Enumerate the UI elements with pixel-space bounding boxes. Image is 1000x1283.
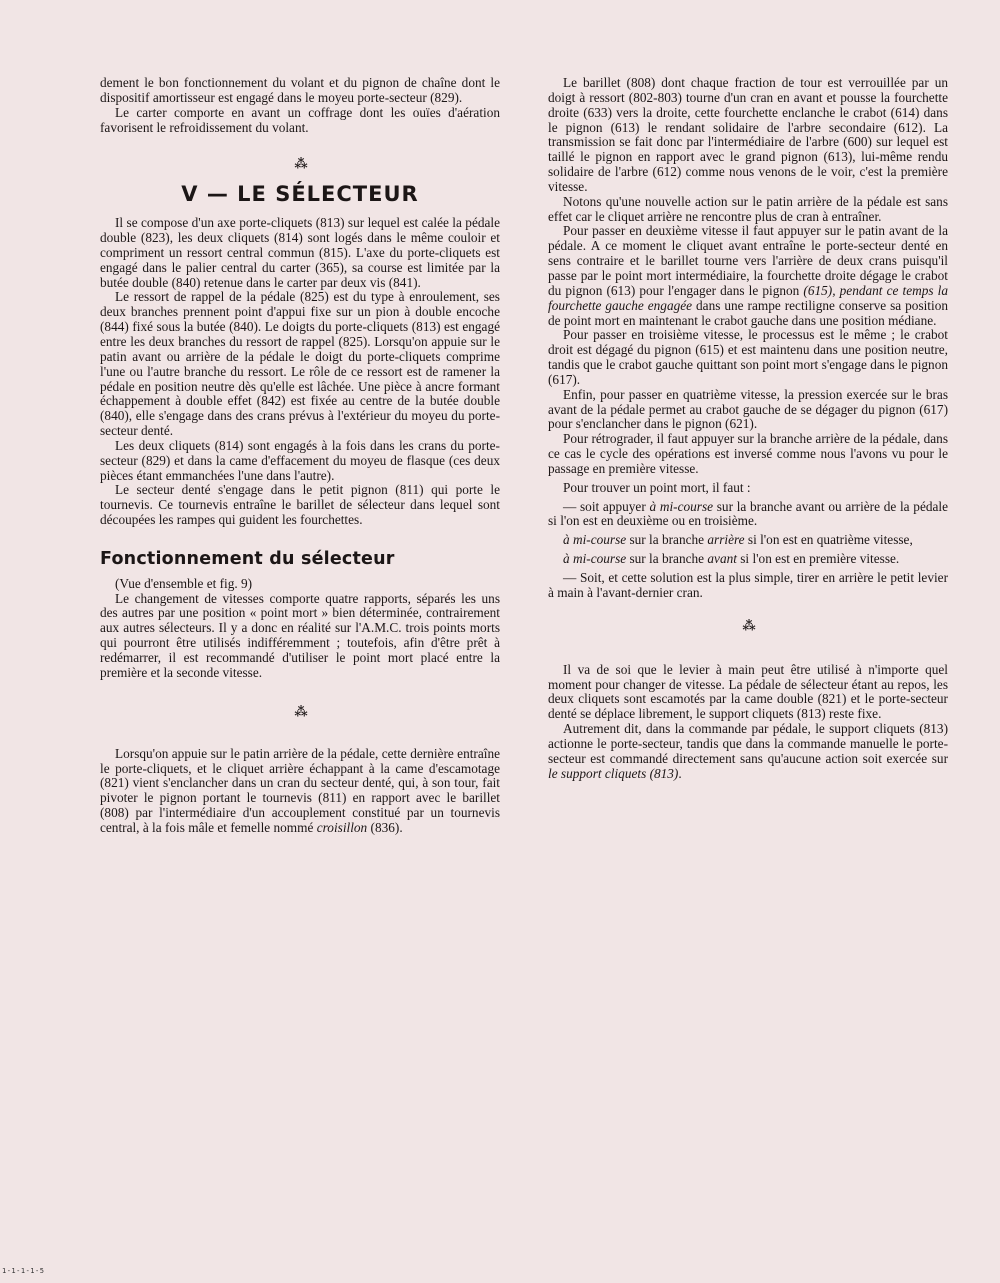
paragraph-levier-main: Il va de soi que le levier à main peut ê… — [548, 663, 948, 722]
paragraph-ressort: Le ressort de rappel de la pédale (825) … — [100, 290, 500, 438]
list-item-levier: — Soit, et cette solution est la plus si… — [548, 571, 948, 601]
asterism-separator-3: ⁂ — [548, 619, 948, 633]
paragraph-autrement: Autrement dit, dans la commande par péda… — [548, 722, 948, 781]
paragraph-changement: Le changement de vitesses comporte quatr… — [100, 592, 500, 681]
paragraph-barillet: Le barillet (808) dont chaque fraction d… — [548, 76, 948, 195]
paragraph-point-mort: Pour trouver un point mort, il faut : — [548, 481, 948, 496]
right-column: Le barillet (808) dont chaque fraction d… — [548, 76, 948, 781]
subsection-title: Fonctionnement du sélecteur — [100, 552, 500, 567]
paragraph-composition: Il se compose d'un axe porte-cliquets (8… — [100, 216, 500, 290]
term-croisillon: croisillon — [317, 820, 367, 835]
asterism-separator: ⁂ — [100, 157, 500, 171]
paragraph-notons: Notons qu'une nouvelle action sur le pat… — [548, 195, 948, 225]
list-item-soit: — soit appuyer à mi-course sur la branch… — [548, 500, 948, 530]
section-title: V — LE SÉLECTEUR — [100, 187, 500, 202]
list-item-arriere: à mi-course sur la branche arrière si l'… — [548, 533, 948, 548]
paragraph-patin-arriere: Lorsqu'on appuie sur le patin arrière de… — [100, 747, 500, 836]
print-mark: 1-1-1-1-5 — [2, 1267, 44, 1275]
paragraph-troisieme: Pour passer en troisième vitesse, le pro… — [548, 328, 948, 387]
paragraph-intro: dement le bon fonctionnement du volant e… — [100, 76, 500, 106]
left-column: dement le bon fonctionnement du volant e… — [100, 76, 500, 836]
paragraph-retrograder: Pour rétrograder, il faut appuyer sur la… — [548, 432, 948, 477]
list-item-avant: à mi-course sur la branche avant si l'on… — [548, 552, 948, 567]
paragraph-secteur: Le secteur denté s'engage dans le petit … — [100, 483, 500, 528]
paragraph-quatrieme: Enfin, pour passer en quatrième vitesse,… — [548, 388, 948, 433]
asterism-separator-2: ⁂ — [100, 705, 500, 719]
paragraph-deuxieme: Pour passer en deuxième vitesse il faut … — [548, 224, 948, 328]
subsection-note: (Vue d'ensemble et fig. 9) — [100, 577, 500, 592]
paragraph-carter: Le carter comporte en avant un coffrage … — [100, 106, 500, 136]
paragraph-cliquets: Les deux cliquets (814) sont engagés à l… — [100, 439, 500, 484]
